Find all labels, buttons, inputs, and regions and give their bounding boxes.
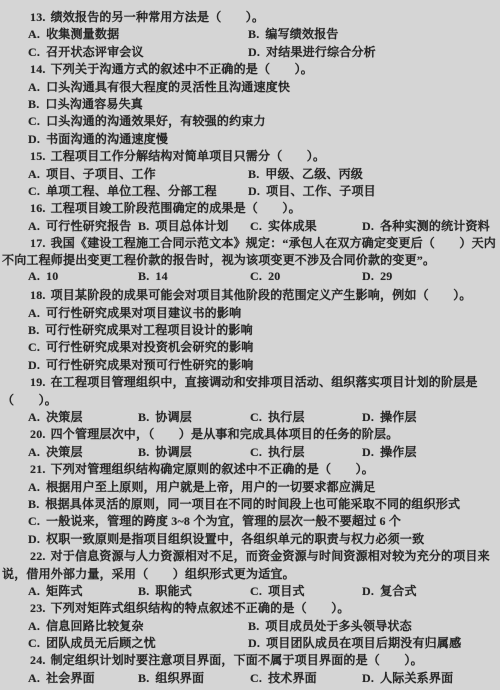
- option-text: 可行性研究成果对工程项目设计的影响: [45, 323, 252, 337]
- question-number: 18.: [30, 288, 46, 302]
- option-label: A.: [28, 445, 40, 459]
- option-text: 团队成员无后顾之忧: [46, 636, 156, 650]
- option-text: 矩阵式: [46, 584, 83, 598]
- option-label: D.: [248, 45, 260, 59]
- option-label: D.: [362, 445, 374, 459]
- question-24-options-line: A.社会界面B.组织界面C.技术界面D.人际关系界面: [0, 669, 500, 686]
- question-18-option-C: C.可行性研究成果对投资机会研究的影响: [28, 338, 253, 355]
- question-21-options-line: A.根据用户至上原则，用户就是上帝，用户的一切要求都应满足: [0, 478, 500, 495]
- option-text: 口头沟通的沟通效果好，有较强的约束力: [46, 114, 266, 128]
- option-text: 信息回路比较复杂: [46, 619, 144, 633]
- option-label: B.: [138, 219, 149, 233]
- option-label: C.: [28, 114, 40, 128]
- question-number: 20.: [30, 427, 46, 441]
- option-label: A.: [28, 584, 40, 598]
- option-label: A.: [28, 269, 40, 283]
- question-stem-text: 下列关于沟通方式的叙述中不正确的是（ ）。: [51, 62, 313, 76]
- option-text: 根据具体灵活的原则，同一项目在不同的时间段上也可能采取不同的组织形式: [45, 497, 460, 511]
- option-text: 10: [46, 269, 58, 283]
- question-17-stem-line-2: 不向工程师提出变更工程价款的报告时，视为该项变更不涉及合同价款的变更”。: [0, 251, 500, 268]
- question-24-stem-line-1: 24.制定组织计划时要注意项目界面，下面不属于项目界面的是（ ）。: [0, 651, 500, 668]
- question-18-stem-line-1: 18.项目某阶段的成果可能会对项目其他阶段的范围定义产生影响，例如（ ）。: [0, 286, 500, 303]
- question-14-option-D: D.书面沟通的沟通速度慢: [28, 130, 168, 147]
- question-number: 21.: [30, 462, 46, 476]
- question-14-option-C: C.口头沟通的沟通效果好，有较强的约束力: [28, 112, 266, 129]
- question-17-options-line: A.10B.14C.20D.29: [0, 269, 500, 286]
- question-22-stem-line-2: 说，借用外部力量，采用（ ）组织形式更为适宜。: [0, 565, 500, 582]
- option-label: B.: [138, 671, 149, 685]
- question-13-option-C: C.召开状态评审会议: [28, 43, 144, 60]
- question-13-stem-line-1: 13.绩效报告的另一种常用方法是（ ）。: [0, 8, 500, 25]
- question-15-options-line: C.单项工程、单位工程、分部工程D.项目、工作、子项目: [0, 182, 500, 199]
- question-number: 17.: [30, 236, 46, 250]
- question-14-options-line: B.口头沟通容易失真: [0, 95, 500, 112]
- question-24-option-B: B.组织界面: [138, 669, 204, 686]
- option-label: D.: [28, 132, 40, 146]
- option-text: 单项工程、单位工程、分部工程: [46, 184, 217, 198]
- option-text: 项目、子项目、工作: [46, 167, 156, 181]
- question-24-option-C: C.技术界面: [250, 669, 317, 686]
- option-text: 执行层: [268, 445, 305, 459]
- option-label: C.: [28, 184, 40, 198]
- question-16-option-C: C.实体成果: [250, 217, 317, 234]
- question-stem-continuation: （ ）。: [2, 391, 57, 408]
- option-label: D.: [362, 219, 374, 233]
- question-17-option-D: D.29: [362, 269, 392, 284]
- option-text: 可行性研究报告: [46, 219, 131, 233]
- option-label: B.: [28, 97, 39, 111]
- question-22-option-D: D.复合式: [362, 582, 417, 599]
- question-stem-text: 工程项目工作分解结构对简单项目只需分（ ）。: [51, 149, 326, 163]
- question-22-option-A: A.矩阵式: [28, 582, 83, 599]
- question-19-option-D: D.操作层: [362, 408, 417, 425]
- option-text: 根据用户至上原则，用户就是上帝，用户的一切要求都应满足: [46, 480, 375, 494]
- option-label: A.: [28, 219, 40, 233]
- option-label: B.: [28, 323, 39, 337]
- option-text: 职能式: [155, 584, 192, 598]
- question-stem-text: 我国《建设工程施工合同示范文本》规定：“承包人在双方确定变更后（ ）天内: [51, 236, 496, 250]
- question-stem-segment: 17.我国《建设工程施工合同示范文本》规定：“承包人在双方确定变更后（ ）天内: [30, 234, 496, 251]
- question-stem-text: 绩效报告的另一种常用方法是（ ）。: [51, 10, 265, 24]
- question-stem-continuation: 说，借用外部力量，采用（ ）组织形式更为适宜。: [2, 565, 295, 582]
- question-14-option-A: A.口头沟通具有很大程度的灵活性且沟通速度快: [28, 78, 290, 95]
- question-19-stem-line-2: （ ）。: [0, 391, 500, 408]
- question-number: 22.: [30, 549, 46, 563]
- option-label: B.: [28, 497, 39, 511]
- option-label: A.: [28, 410, 40, 424]
- question-15-option-D: D.项目、工作、子项目: [248, 182, 376, 199]
- option-label: B.: [138, 410, 149, 424]
- question-23-option-A: A.信息回路比较复杂: [28, 617, 144, 634]
- question-16-options-line: A.可行性研究报告B.项目总体计划C.实体成果D.各种实测的统计资料: [0, 217, 500, 234]
- option-label: D.: [362, 671, 374, 685]
- question-number: 14.: [30, 62, 46, 76]
- question-17-option-C: C.20: [250, 269, 280, 284]
- question-22-option-B: B.职能式: [138, 582, 192, 599]
- option-text: 操作层: [380, 445, 417, 459]
- question-17-option-A: A.10: [28, 269, 58, 284]
- option-label: D.: [28, 532, 40, 546]
- question-18-option-A: A.可行性研究成果对项目建议书的影响: [28, 304, 241, 321]
- question-stem-text: 工程项目竣工阶段范围确定的成果是（ ）。: [51, 201, 301, 215]
- option-text: 项目式: [268, 584, 305, 598]
- question-17-option-B: B.14: [138, 269, 168, 284]
- question-19-stem-line-1: 19.在工程项目管理组织中，直接调动和安排项目活动、组织落实项目计划的阶层是: [0, 373, 500, 390]
- option-label: C.: [250, 584, 262, 598]
- option-text: 决策层: [46, 445, 83, 459]
- question-21-options-line: D.权职一致原则是指项目组织设置中，各组织单元的职责与权力必须一致: [0, 530, 500, 547]
- question-stem-segment: 13.绩效报告的另一种常用方法是（ ）。: [30, 8, 264, 25]
- option-text: 复合式: [380, 584, 417, 598]
- question-16-option-B: B.项目总体计划: [138, 217, 229, 234]
- option-text: 实体成果: [268, 219, 317, 233]
- option-text: 14: [155, 269, 167, 283]
- option-text: 收集测量数据: [46, 27, 119, 41]
- option-label: D.: [362, 410, 374, 424]
- question-stem-continuation: 不向工程师提出变更工程价款的报告时，视为该项变更不涉及合同价款的变更”。: [2, 251, 435, 268]
- question-13-options-line: C.召开状态评审会议D.对结果进行综合分析: [0, 43, 500, 60]
- option-text: 可行性研究成果对投资机会研究的影响: [46, 340, 253, 354]
- option-label: C.: [250, 410, 262, 424]
- question-24-option-A: A.社会界面: [28, 669, 95, 686]
- question-stem-text: 项目某阶段的成果可能会对项目其他阶段的范围定义产生影响，例如（ ）。: [51, 288, 472, 302]
- option-label: A.: [28, 671, 40, 685]
- option-text: 人际关系界面: [380, 671, 453, 685]
- question-18-option-D: D.可行性研究成果对预可行性研究的影响: [28, 356, 253, 373]
- question-number: 23.: [30, 601, 46, 615]
- question-19-option-C: C.执行层: [250, 408, 305, 425]
- question-24-option-D: D.人际关系界面: [362, 669, 453, 686]
- question-stem-text: 下列对管理组织结构确定原则的叙述中不正确的是（ ）。: [51, 462, 374, 476]
- option-label: A.: [28, 80, 40, 94]
- option-label: D.: [248, 636, 260, 650]
- question-15-option-B: B.甲级、乙级、丙级: [248, 165, 363, 182]
- question-stem-segment: 22.对于信息资源与人力资源相对不足，而资金资源与时间资源相对较为充分的项目来: [30, 547, 490, 564]
- option-label: A.: [28, 619, 40, 633]
- question-21-stem-line-1: 21.下列对管理组织结构确定原则的叙述中不正确的是（ ）。: [0, 460, 500, 477]
- question-stem-segment: 23.下列对矩阵式组织结构的特点叙述不正确的是（ ）。: [30, 599, 350, 616]
- option-text: 编写绩效报告: [265, 27, 338, 41]
- option-text: 29: [380, 269, 392, 283]
- option-text: 召开状态评审会议: [46, 45, 144, 59]
- option-text: 可行性研究成果对预可行性研究的影响: [46, 358, 253, 372]
- question-20-option-B: B.协调层: [138, 443, 192, 460]
- question-15-option-A: A.项目、子项目、工作: [28, 165, 156, 182]
- question-18-option-B: B.可行性研究成果对工程项目设计的影响: [28, 321, 253, 338]
- question-20-option-A: A.决策层: [28, 443, 83, 460]
- question-number: 19.: [30, 375, 46, 389]
- option-text: 组织界面: [155, 671, 204, 685]
- question-20-stem-line-1: 20.四个管理层次中，（ ）是从事和完成具体项目的任务的阶层。: [0, 425, 500, 442]
- option-label: C.: [28, 636, 40, 650]
- option-label: B.: [138, 584, 149, 598]
- question-stem-text: （ ）。: [2, 393, 57, 407]
- option-label: B.: [248, 619, 259, 633]
- option-label: C.: [250, 269, 262, 283]
- option-label: C.: [250, 671, 262, 685]
- option-label: D.: [28, 358, 40, 372]
- option-text: 可行性研究成果对项目建议书的影响: [46, 306, 241, 320]
- question-13-option-D: D.对结果进行综合分析: [248, 43, 376, 60]
- question-14-stem-line-1: 14.下列关于沟通方式的叙述中不正确的是（ ）。: [0, 60, 500, 77]
- question-18-options-line: B.可行性研究成果对工程项目设计的影响: [0, 321, 500, 338]
- option-text: 决策层: [46, 410, 83, 424]
- question-21-options-line: C.一般说来，管理的跨度 3~8 个为宜，管理的层次一般不要超过 6 个: [0, 512, 500, 529]
- question-20-option-D: D.操作层: [362, 443, 417, 460]
- question-15-options-line: A.项目、子项目、工作B.甲级、乙级、丙级: [0, 165, 500, 182]
- question-23-option-B: B.项目成员处于多头领导状态: [248, 617, 412, 634]
- question-19-option-A: A.决策层: [28, 408, 83, 425]
- question-13-option-B: B.编写绩效报告: [248, 25, 339, 42]
- question-14-options-line: D.书面沟通的沟通速度慢: [0, 130, 500, 147]
- option-text: 口头沟通具有很大程度的灵活性且沟通速度快: [46, 80, 290, 94]
- question-16-option-D: D.各种实测的统计资料: [362, 217, 490, 234]
- question-19-option-B: B.协调层: [138, 408, 192, 425]
- option-label: D.: [362, 269, 374, 283]
- question-stem-segment: 14.下列关于沟通方式的叙述中不正确的是（ ）。: [30, 60, 313, 77]
- option-label: B.: [138, 445, 149, 459]
- question-number: 24.: [30, 653, 46, 667]
- question-20-options-line: A.决策层B.协调层C.执行层D.操作层: [0, 443, 500, 460]
- question-stem-segment: 24.制定组织计划时要注意项目界面，下面不属于项目界面的是（ ）。: [30, 651, 423, 668]
- option-text: 书面沟通的沟通速度慢: [46, 132, 168, 146]
- option-text: 一般说来，管理的跨度 3~8 个为宜，管理的层次一般不要超过 6 个: [46, 514, 401, 528]
- question-21-option-B: B.根据具体灵活的原则，同一项目在不同的时间段上也可能采取不同的组织形式: [28, 495, 460, 512]
- question-16-option-A: A.可行性研究报告: [28, 217, 131, 234]
- question-22-options-line: A.矩阵式B.职能式C.项目式D.复合式: [0, 582, 500, 599]
- option-label: A.: [28, 480, 40, 494]
- option-label: B.: [248, 167, 259, 181]
- option-text: 执行层: [268, 410, 305, 424]
- question-15-stem-line-1: 15.工程项目工作分解结构对简单项目只需分（ ）。: [0, 147, 500, 164]
- question-13-option-A: A.收集测量数据: [28, 25, 119, 42]
- option-label: C.: [28, 340, 40, 354]
- option-text: 协调层: [155, 410, 192, 424]
- option-label: A.: [28, 167, 40, 181]
- option-label: D.: [248, 184, 260, 198]
- question-14-options-line: A.口头沟通具有很大程度的灵活性且沟通速度快: [0, 78, 500, 95]
- option-text: 各种实测的统计资料: [380, 219, 490, 233]
- option-label: C.: [250, 445, 262, 459]
- question-22-stem-line-1: 22.对于信息资源与人力资源相对不足，而资金资源与时间资源相对较为充分的项目来: [0, 547, 500, 564]
- question-21-options-line: B.根据具体灵活的原则，同一项目在不同的时间段上也可能采取不同的组织形式: [0, 495, 500, 512]
- question-23-stem-line-1: 23.下列对矩阵式组织结构的特点叙述不正确的是（ ）。: [0, 599, 500, 616]
- option-label: C.: [28, 514, 40, 528]
- question-22-option-C: C.项目式: [250, 582, 305, 599]
- question-number: 16.: [30, 201, 46, 215]
- option-text: 技术界面: [268, 671, 317, 685]
- option-text: 协调层: [155, 445, 192, 459]
- question-stem-segment: 20.四个管理层次中，（ ）是从事和完成具体项目的任务的阶层。: [30, 425, 398, 442]
- question-23-options-line: A.信息回路比较复杂B.项目成员处于多头领导状态: [0, 617, 500, 634]
- question-stem-text: 说，借用外部力量，采用（ ）组织形式更为适宜。: [2, 567, 295, 581]
- option-text: 项目成员处于多头领导状态: [265, 619, 411, 633]
- question-stem-segment: 15.工程项目工作分解结构对简单项目只需分（ ）。: [30, 147, 325, 164]
- question-number: 13.: [30, 10, 46, 24]
- question-23-options-line: C.团队成员无后顾之忧D.项目团队成员在项目后期没有归属感: [0, 634, 500, 651]
- question-stem-segment: 18.项目某阶段的成果可能会对项目其他阶段的范围定义产生影响，例如（ ）。: [30, 286, 472, 303]
- question-stem-text: 对于信息资源与人力资源相对不足，而资金资源与时间资源相对较为充分的项目来: [51, 549, 490, 563]
- question-17-stem-line-1: 17.我国《建设工程施工合同示范文本》规定：“承包人在双方确定变更后（ ）天内: [0, 234, 500, 251]
- question-stem-segment: 21.下列对管理组织结构确定原则的叙述中不正确的是（ ）。: [30, 460, 374, 477]
- question-19-options-line: A.决策层B.协调层C.执行层D.操作层: [0, 408, 500, 425]
- option-label: A.: [28, 27, 40, 41]
- question-13-options-line: A.收集测量数据B.编写绩效报告: [0, 25, 500, 42]
- question-21-option-A: A.根据用户至上原则，用户就是上帝，用户的一切要求都应满足: [28, 478, 375, 495]
- question-16-stem-line-1: 16.工程项目竣工阶段范围确定的成果是（ ）。: [0, 199, 500, 216]
- question-number: 15.: [30, 149, 46, 163]
- question-21-option-D: D.权职一致原则是指项目组织设置中，各组织单元的职责与权力必须一致: [28, 530, 424, 547]
- option-label: B.: [138, 269, 149, 283]
- option-label: B.: [248, 27, 259, 41]
- question-15-option-C: C.单项工程、单位工程、分部工程: [28, 182, 217, 199]
- option-label: C.: [28, 45, 40, 59]
- option-text: 20: [268, 269, 280, 283]
- option-text: 对结果进行综合分析: [266, 45, 376, 59]
- question-14-options-line: C.口头沟通的沟通效果好，有较强的约束力: [0, 112, 500, 129]
- question-stem-text: 制定组织计划时要注意项目界面，下面不属于项目界面的是（ ）。: [51, 653, 423, 667]
- option-text: 项目、工作、子项目: [266, 184, 376, 198]
- question-18-options-line: A.可行性研究成果对项目建议书的影响: [0, 304, 500, 321]
- question-stem-text: 不向工程师提出变更工程价款的报告时，视为该项变更不涉及合同价款的变更”。: [2, 253, 435, 267]
- question-20-option-C: C.执行层: [250, 443, 305, 460]
- scanned-page: 13.绩效报告的另一种常用方法是（ ）。A.收集测量数据B.编写绩效报告C.召开…: [0, 0, 500, 690]
- option-text: 社会界面: [46, 671, 95, 685]
- question-23-option-C: C.团队成员无后顾之忧: [28, 634, 156, 651]
- option-label: A.: [28, 306, 40, 320]
- option-label: C.: [250, 219, 262, 233]
- option-text: 权职一致原则是指项目组织设置中，各组织单元的职责与权力必须一致: [46, 532, 424, 546]
- question-stem-text: 四个管理层次中，（ ）是从事和完成具体项目的任务的阶层。: [51, 427, 399, 441]
- option-text: 甲级、乙级、丙级: [265, 167, 363, 181]
- option-text: 项目团队成员在项目后期没有归属感: [266, 636, 461, 650]
- question-14-option-B: B.口头沟通容易失真: [28, 95, 143, 112]
- question-18-options-line: C.可行性研究成果对投资机会研究的影响: [0, 338, 500, 355]
- question-stem-text: 在工程项目管理组织中，直接调动和安排项目活动、组织落实项目计划的阶层是: [51, 375, 478, 389]
- question-23-option-D: D.项目团队成员在项目后期没有归属感: [248, 634, 461, 651]
- option-text: 操作层: [380, 410, 417, 424]
- question-stem-text: 下列对矩阵式组织结构的特点叙述不正确的是（ ）。: [51, 601, 350, 615]
- question-18-options-line: D.可行性研究成果对预可行性研究的影响: [0, 356, 500, 373]
- question-stem-segment: 19.在工程项目管理组织中，直接调动和安排项目活动、组织落实项目计划的阶层是: [30, 373, 478, 390]
- question-21-option-C: C.一般说来，管理的跨度 3~8 个为宜，管理的层次一般不要超过 6 个: [28, 512, 401, 529]
- option-text: 口头沟通容易失真: [45, 97, 143, 111]
- option-label: D.: [362, 584, 374, 598]
- option-text: 项目总体计划: [155, 219, 228, 233]
- question-stem-segment: 16.工程项目竣工阶段范围确定的成果是（ ）。: [30, 199, 301, 216]
